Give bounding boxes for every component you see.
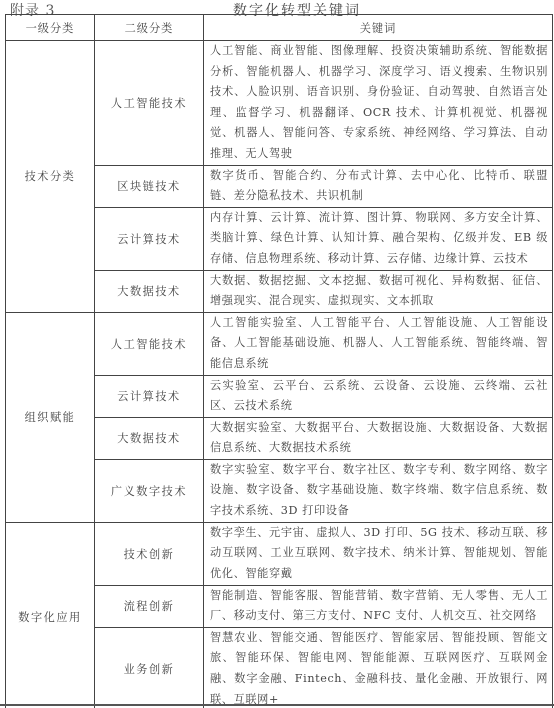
column-header-level1: 一级分类: [6, 15, 95, 41]
table-row: 技术分类 人工智能技术 人工智能、商业智能、图像理解、投资决策辅助系统、智能数据…: [6, 41, 553, 166]
keywords-cell: 数字孪生、元宇宙、虚拟人、3D 打印、5G 技术、移动互联、移动互联网、工业互联…: [204, 522, 553, 585]
table-header-row: 一级分类 二级分类 关键词: [6, 15, 553, 41]
subcategory-cell: 流程创新: [95, 585, 204, 627]
keywords-cell: 人工智能、商业智能、图像理解、投资决策辅助系统、智能数据分析、智能机器人、机器学…: [204, 41, 553, 166]
column-header-level2: 二级分类: [95, 15, 204, 41]
keywords-cell: 数字实验室、数字平台、数字社区、数字专利、数字网络、数字设施、数字设备、数字基础…: [204, 459, 553, 522]
keywords-cell: 云实验室、云平台、云系统、云设备、云设施、云终端、云社区、云技术系统: [204, 375, 553, 417]
category-cell: 数字化应用: [6, 522, 95, 708]
keywords-cell: 大数据实验室、大数据平台、大数据设施、大数据设备、大数据信息系统、大数据技术系统: [204, 417, 553, 459]
subcategory-cell: 云计算技术: [95, 207, 204, 270]
subcategory-cell: 业务创新: [95, 627, 204, 708]
category-cell: 组织赋能: [6, 312, 95, 522]
keywords-cell: 智慧农业、智能交通、智能医疗、智能家居、智能投顾、智能文旅、智能环保、智能电网、…: [204, 627, 553, 708]
keywords-cell: 数字货币、智能合约、分布式计算、去中心化、比特币、联盟链、差分隐私技术、共识机制: [204, 165, 553, 207]
subcategory-cell: 区块链技术: [95, 165, 204, 207]
category-cell: 技术分类: [6, 41, 95, 313]
subcategory-cell: 云计算技术: [95, 375, 204, 417]
subcategory-cell: 大数据技术: [95, 270, 204, 312]
table-row: 数字化应用 技术创新 数字孪生、元宇宙、虚拟人、3D 打印、5G 技术、移动互联…: [6, 522, 553, 585]
table-row: 组织赋能 人工智能技术 人工智能实验室、人工智能平台、人工智能设施、人工智能设备…: [6, 312, 553, 375]
subcategory-cell: 人工智能技术: [95, 312, 204, 375]
subcategory-cell: 技术创新: [95, 522, 204, 585]
subcategory-cell: 人工智能技术: [95, 41, 204, 166]
bottom-divider: [0, 704, 554, 706]
keywords-cell: 人工智能实验室、人工智能平台、人工智能设施、人工智能设备、人工智能基础设施、机器…: [204, 312, 553, 375]
keywords-cell: 大数据、数据挖掘、文本挖掘、数据可视化、异构数据、征信、增强现实、混合现实、虚拟…: [204, 270, 553, 312]
keywords-cell: 智能制造、智能客服、智能营销、数字营销、无人零售、无人工厂、移动支付、第三方支付…: [204, 585, 553, 627]
keywords-cell: 内存计算、云计算、流计算、图计算、物联网、多方安全计算、类脑计算、绿色计算、认知…: [204, 207, 553, 270]
column-header-keywords: 关键词: [204, 15, 553, 41]
keyword-table: 一级分类 二级分类 关键词 技术分类 人工智能技术 人工智能、商业智能、图像理解…: [5, 14, 553, 708]
subcategory-cell: 广义数字技术: [95, 459, 204, 522]
subcategory-cell: 大数据技术: [95, 417, 204, 459]
